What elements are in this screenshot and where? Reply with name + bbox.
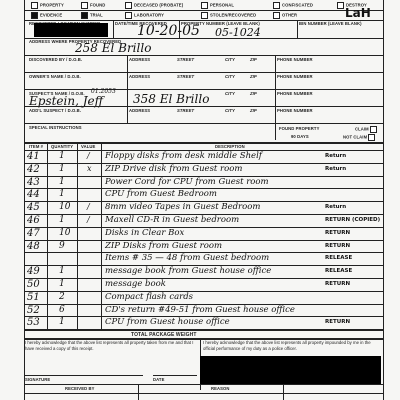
item-number: 43 bbox=[27, 177, 40, 188]
ack-left-text: I hereby acknowledge that the above list… bbox=[25, 340, 197, 351]
street-label: Street bbox=[177, 57, 194, 62]
item-quantity: 6 bbox=[59, 305, 65, 315]
discovered-by-label: DISCOVERED BY / D.O.B. bbox=[29, 57, 82, 62]
city-label: City bbox=[225, 91, 235, 96]
divider bbox=[101, 142, 102, 330]
check-mark-icon bbox=[81, 12, 88, 19]
item-header: ITEM # bbox=[29, 144, 43, 149]
zip-label: Zip bbox=[250, 74, 257, 79]
checkbox-confiscated[interactable]: CONFISCATED bbox=[273, 2, 313, 9]
item-description: ZIP Disks from Guest room bbox=[105, 241, 222, 251]
item-description: Items # 35 — 48 from Guest bedroom bbox=[105, 253, 269, 263]
suspect-address: 358 El Brillo bbox=[133, 92, 209, 106]
quantity-header: QUANTITY bbox=[51, 144, 73, 149]
addl-suspect-label: ADD'L SUSPECT / D.O.B. bbox=[29, 108, 81, 113]
item-number: 48 bbox=[27, 241, 40, 252]
item-disposition-note: Return bbox=[325, 153, 346, 159]
date-line bbox=[153, 375, 197, 376]
item-disposition-note: RETURN bbox=[325, 243, 350, 249]
special-instructions-label: SPECIAL INSTRUCTIONS bbox=[29, 125, 82, 130]
divider bbox=[25, 55, 383, 56]
address-label: ADDRESS bbox=[129, 57, 150, 62]
item-disposition-note: Return bbox=[325, 204, 346, 210]
item-description: CPU from Guest house office bbox=[105, 317, 230, 327]
redaction-block bbox=[34, 23, 108, 37]
item-number: 42 bbox=[27, 164, 40, 175]
item-number: 50 bbox=[27, 279, 40, 290]
divider bbox=[25, 393, 383, 394]
item-description: message book from Guest house office bbox=[105, 266, 271, 276]
checkbox-property[interactable]: PROPERTY bbox=[31, 2, 64, 9]
item-disposition-note: RETURN bbox=[325, 230, 350, 236]
item-quantity: 2 bbox=[59, 292, 65, 302]
item-quantity: 1 bbox=[59, 215, 65, 225]
zip-label: Zip bbox=[250, 91, 257, 96]
divider bbox=[25, 278, 383, 279]
item-number: 46 bbox=[27, 215, 40, 226]
item-disposition-note: RETURN (COPIED) bbox=[325, 217, 380, 223]
signature-label: SIGNATURE bbox=[25, 377, 50, 382]
value-header: VALUE bbox=[81, 144, 95, 149]
city-label: City bbox=[225, 74, 235, 79]
item-description: ZIP Drive disk from Guest room bbox=[105, 164, 242, 174]
item-number: 49 bbox=[27, 266, 40, 277]
ack-right-text: I hereby acknowledge that the above list… bbox=[203, 340, 381, 351]
signature-line bbox=[25, 375, 143, 376]
zip-label: Zip bbox=[250, 57, 257, 62]
item-quantity: 1 bbox=[59, 279, 65, 289]
item-number: 41 bbox=[27, 151, 40, 162]
item-quantity: 1 bbox=[59, 151, 65, 161]
item-quantity: 1 bbox=[59, 317, 65, 327]
address-label: ADDRESS bbox=[129, 74, 150, 79]
item-disposition-note: Return bbox=[325, 166, 346, 172]
received-by-label: RECEIVED BY bbox=[65, 386, 95, 391]
divider bbox=[25, 291, 383, 292]
item-quantity: 1 bbox=[59, 177, 65, 187]
item-number: 52 bbox=[27, 305, 40, 316]
item-description: Compact flash cards bbox=[105, 292, 193, 302]
claim-checkbox[interactable]: CLAIM bbox=[355, 126, 379, 133]
item-quantity: 9 bbox=[59, 241, 65, 251]
divider bbox=[138, 384, 139, 400]
city-label: City bbox=[225, 108, 235, 113]
city-label: City bbox=[225, 57, 235, 62]
divider bbox=[283, 384, 284, 400]
item-number: 51 bbox=[27, 292, 40, 303]
divider bbox=[25, 123, 383, 124]
item-quantity: 1 bbox=[59, 189, 65, 199]
property-receipt-form: PROPERTY FOUND DECEASED (Probate) PERSON… bbox=[24, 0, 384, 400]
item-value: / bbox=[87, 215, 90, 224]
item-value: / bbox=[87, 202, 90, 211]
item-disposition-note: RETURN bbox=[325, 319, 350, 325]
checkbox-found[interactable]: FOUND bbox=[81, 2, 105, 9]
not-claim-checkbox[interactable]: NOT CLAIM bbox=[343, 134, 377, 141]
checkbox-evidence[interactable]: EVIDENCE bbox=[31, 12, 62, 19]
item-quantity: 10 bbox=[59, 228, 70, 238]
divider bbox=[25, 89, 383, 90]
date-label: DATE bbox=[153, 377, 165, 382]
item-description: message book bbox=[105, 279, 166, 289]
checkbox-other[interactable]: OTHER bbox=[273, 12, 297, 19]
item-quantity: 1 bbox=[59, 164, 65, 174]
item-value: x bbox=[87, 164, 92, 173]
item-number: 44 bbox=[27, 189, 40, 200]
item-description: Floppy disks from desk middle Shelf bbox=[105, 151, 262, 161]
item-disposition-note: RELEASE bbox=[325, 255, 352, 261]
item-quantity: 1 bbox=[59, 266, 65, 276]
divider bbox=[25, 227, 383, 228]
divider bbox=[25, 10, 383, 11]
divider bbox=[25, 330, 383, 331]
item-number: 47 bbox=[27, 228, 40, 239]
corner-mark: LaH bbox=[345, 6, 371, 20]
owner-label: OWNER'S NAME / D.O.B. bbox=[29, 74, 81, 79]
divider bbox=[77, 142, 78, 330]
bin-number-label: BIN NUMBER (Leave Blank) bbox=[299, 21, 362, 26]
checkbox-laboratory[interactable]: LABORATORY bbox=[125, 12, 164, 19]
item-description: 8mm video Tapes in Guest Bedroom bbox=[105, 202, 260, 212]
phone-label: PHONE NUMBER bbox=[277, 74, 313, 79]
description-header: DESCRIPTION bbox=[215, 144, 245, 149]
divider bbox=[275, 55, 276, 140]
divider bbox=[47, 142, 48, 330]
divider bbox=[25, 106, 383, 107]
divider bbox=[297, 20, 298, 38]
item-description: Maxell CD-R in Guest bedroom bbox=[105, 215, 239, 225]
phone-label: PHONE NUMBER bbox=[277, 91, 313, 96]
check-mark-icon bbox=[31, 12, 38, 19]
divider bbox=[25, 72, 383, 73]
checkbox-personal[interactable]: PERSONAL bbox=[201, 2, 234, 9]
item-value: / bbox=[87, 151, 90, 160]
phone-label: PHONE NUMBER bbox=[277, 57, 313, 62]
item-description: Power Cord for CPU from Guest room bbox=[105, 177, 269, 187]
item-description: CD's return #49-51 from Guest house offi… bbox=[105, 305, 295, 315]
street-label: Street bbox=[177, 74, 194, 79]
address-recovered-value: 258 El Brillo bbox=[75, 41, 151, 55]
item-description: Disks in Clear Box bbox=[105, 228, 184, 238]
item-description: CPU from Guest Bedroom bbox=[105, 189, 217, 199]
item-disposition-note: RELEASE bbox=[325, 268, 352, 274]
found-property-label: FOUND PROPERTY bbox=[279, 126, 320, 131]
checkbox-stolen-recovered[interactable]: STOLEN/RECOVERED bbox=[201, 12, 256, 19]
address-label: ADDRESS bbox=[129, 108, 150, 113]
street-label: Street bbox=[177, 108, 194, 113]
reason-label: REASON bbox=[211, 386, 230, 391]
divider bbox=[25, 384, 383, 385]
divider bbox=[179, 20, 180, 38]
checkbox-trial[interactable]: TRIAL bbox=[81, 12, 103, 19]
item-number: 53 bbox=[27, 317, 40, 328]
item-disposition-note: RETURN bbox=[325, 281, 350, 287]
phone-label: PHONE NUMBER bbox=[277, 108, 313, 113]
divider bbox=[113, 20, 114, 38]
divider bbox=[25, 142, 383, 144]
item-number: 45 bbox=[27, 202, 40, 213]
item-quantity: 10 bbox=[59, 202, 70, 212]
ninety-days-label: 90 DAYS bbox=[291, 134, 309, 139]
evidence-form-page: PROPERTY FOUND DECEASED (Probate) PERSON… bbox=[0, 0, 400, 400]
checkbox-deceased[interactable]: DECEASED (Probate) bbox=[125, 2, 183, 9]
redaction-block bbox=[200, 356, 381, 384]
zip-label: Zip bbox=[250, 108, 257, 113]
